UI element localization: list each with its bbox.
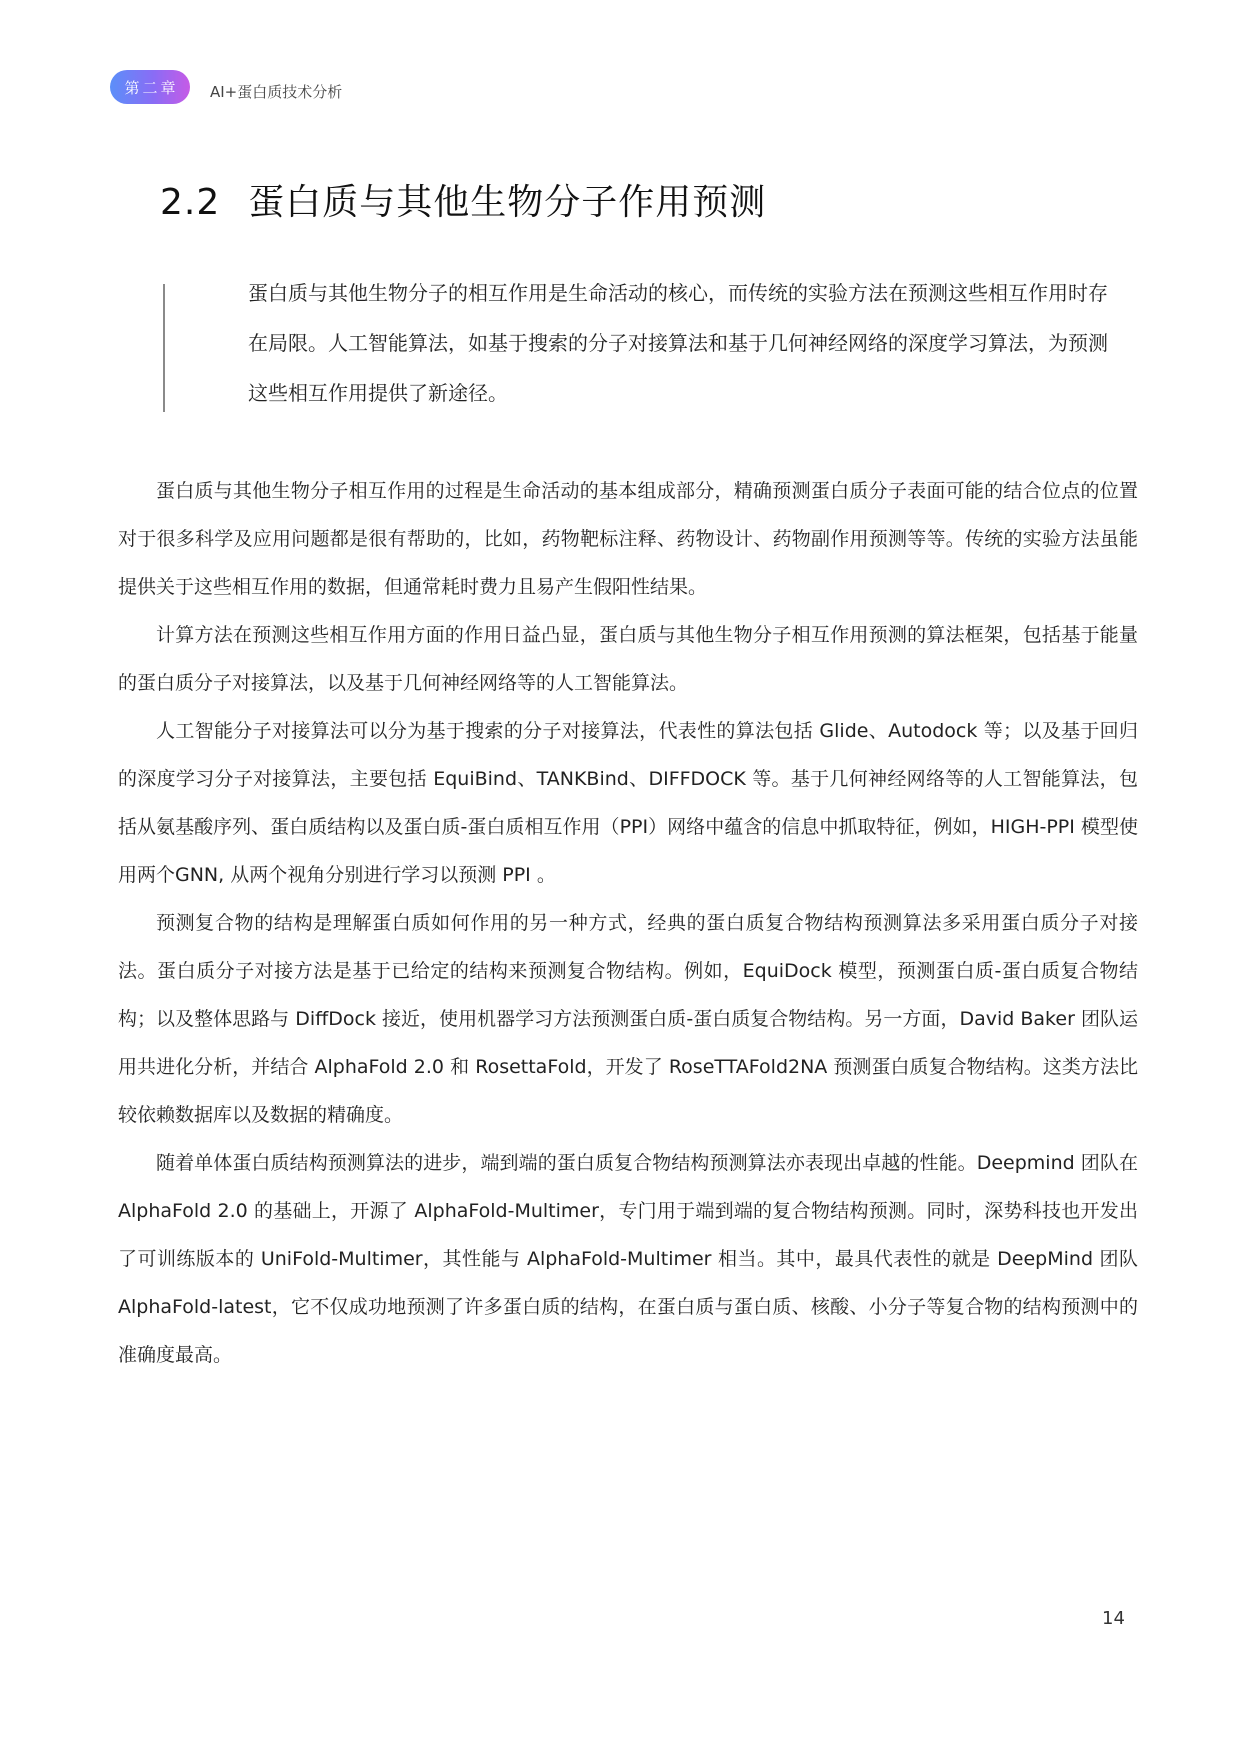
- section-number: 2.2: [160, 182, 220, 223]
- section-title: 蛋白质与其他生物分子作用预测: [248, 182, 766, 223]
- paragraph: 计算方法在预测这些相互作用方面的作用日益凸显，蛋白质与其他生物分子相互作用预测的…: [118, 611, 1138, 707]
- section-heading: 2.2蛋白质与其他生物分子作用预测: [160, 174, 766, 225]
- quote-bar-divider: [163, 284, 165, 412]
- chapter-badge: 第二章: [110, 70, 190, 104]
- paragraph: 随着单体蛋白质结构预测算法的进步，端到端的蛋白质复合物结构预测算法亦表现出卓越的…: [118, 1139, 1138, 1379]
- paragraph: 人工智能分子对接算法可以分为基于搜索的分子对接算法，代表性的算法包括 Glide…: [118, 707, 1138, 899]
- header-subtitle: AI+蛋白质技术分析: [210, 81, 342, 102]
- abstract-quote: 蛋白质与其他生物分子的相互作用是生命活动的核心，而传统的实验方法在预测这些相互作…: [163, 268, 1123, 418]
- body-content: 蛋白质与其他生物分子相互作用的过程是生命活动的基本组成部分，精确预测蛋白质分子表…: [118, 467, 1138, 1379]
- paragraph: 预测复合物的结构是理解蛋白质如何作用的另一种方式，经典的蛋白质复合物结构预测算法…: [118, 899, 1138, 1139]
- page-number: 14: [1102, 1608, 1125, 1629]
- page-header: 第二章 AI+蛋白质技术分析: [110, 70, 342, 104]
- abstract-text: 蛋白质与其他生物分子的相互作用是生命活动的核心，而传统的实验方法在预测这些相互作…: [248, 268, 1108, 418]
- paragraph: 蛋白质与其他生物分子相互作用的过程是生命活动的基本组成部分，精确预测蛋白质分子表…: [118, 467, 1138, 611]
